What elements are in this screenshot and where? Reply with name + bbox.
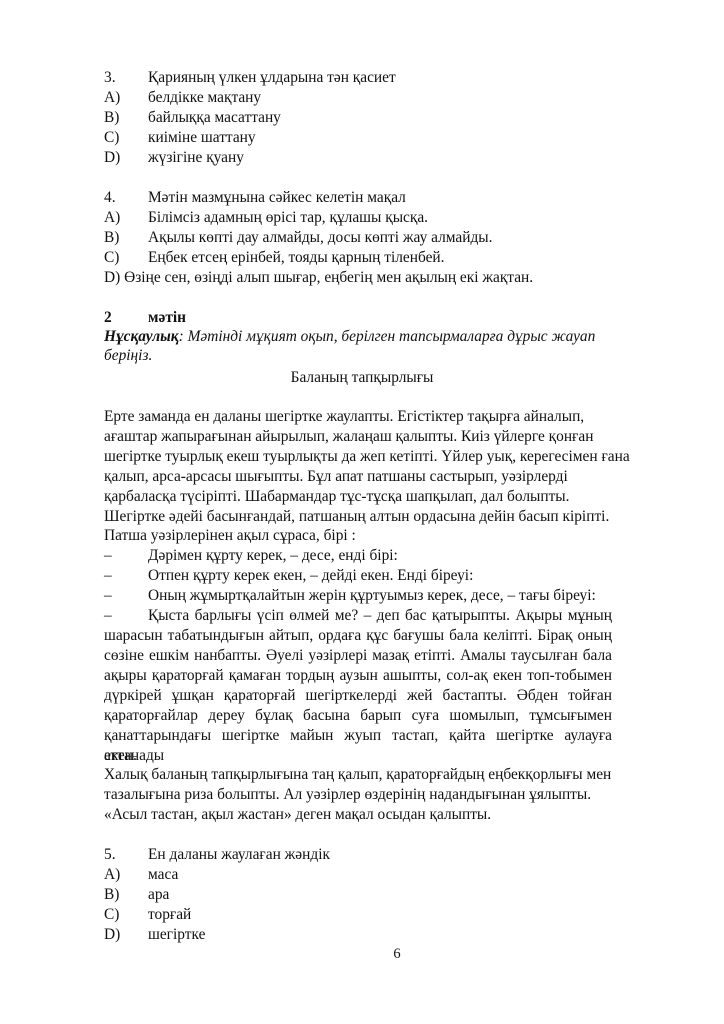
question-4-option-a: A)Білімсіз адамның өрісі тар, құлашы қыс… [104, 208, 428, 228]
option-label: C) [104, 248, 148, 268]
dialogue-text: Оның жұмыртқалайтын жерін құртуымыз кере… [148, 587, 596, 604]
dialogue-line: –Дәрімен құрту керек, – десе, енді бірі: [104, 546, 398, 566]
passage-line: тазалығына риза болыпты. Ал уәзірлер өзд… [104, 785, 591, 805]
option-label: B) [104, 228, 148, 248]
passage-line: дүркірей ұшқан қараторғай шегірткелерді … [104, 686, 612, 706]
question-4-option-b: B)Ақылы көпті дау алмайды, досы көпті жа… [104, 228, 492, 248]
instruction-continued: беріңіз. [104, 346, 152, 366]
question-text: Қарияның үлкен ұлдарына тән қасиет [148, 69, 396, 86]
passage-line: «Асыл тастан, ақыл жастан» деген мақал о… [104, 805, 491, 825]
option-text: жүзігіне қуану [148, 149, 244, 166]
option-text: торғай [148, 906, 191, 923]
option-text: Өзіңе сен, өзіңді алып шығар, еңбегің ме… [124, 269, 533, 286]
passage-line: қалып, арса-арсасы шығыпты. Бұл апат пат… [104, 467, 568, 487]
dialogue-line: –Отпен құрту керек екен, – дейді екен. Е… [104, 566, 473, 586]
option-text: маса [148, 866, 178, 883]
passage-line: қараторғайлар дереу бұлақ басына барып с… [104, 706, 612, 726]
option-label: A) [104, 865, 148, 885]
question-4-option-d: D) Өзіңе сен, өзіңді алып шығар, еңбегің… [104, 268, 533, 288]
question-5-option-b: B)ара [104, 885, 169, 905]
question-3-option-c: C)киіміне шаттану [104, 128, 256, 148]
dialogue-line: –Оның жұмыртқалайтын жерін құртуымыз кер… [104, 586, 596, 606]
passage-line: шегіртке туырлық екеш туырлықты да жеп к… [104, 447, 630, 467]
question-5-option-a: A)маса [104, 865, 178, 885]
dash: – [104, 586, 148, 606]
question-4-option-c: C)Еңбек етсең ерінбей, тояды қарның тіле… [104, 248, 445, 268]
question-3-option-b: B)байлыққа масаттану [104, 108, 281, 128]
option-label: A) [104, 88, 148, 108]
passage-line: ақыры қараторғай қамаған тордың аузын аш… [104, 666, 612, 686]
text-title: Баланың тапқырлығы [0, 368, 724, 388]
instruction-text: : Мәтінді мұқият оқып, берілген тапсырма… [179, 328, 596, 345]
option-label: D) [104, 148, 148, 168]
option-label: B) [104, 885, 148, 905]
option-label: C) [104, 905, 148, 925]
option-text: киіміне шаттану [148, 129, 256, 146]
option-text: шегіртке [148, 926, 205, 943]
passage-line: қанаттарындағы шегіртке майын жуып таста… [104, 726, 612, 766]
question-text: Мәтін мазмұнына сәйкес келетін мақал [148, 189, 406, 206]
passage-line: Патша уәзірлерінен ақыл сұраса, бірі : [104, 526, 356, 546]
option-text: белдікке мақтану [148, 89, 261, 106]
section-heading: 2мәтін [104, 308, 186, 328]
instruction: Нұсқаулық: Мәтінді мұқият оқып, берілген… [104, 327, 595, 347]
question-number: 5. [104, 845, 148, 865]
passage-line: шарасын табатындығын айтып, ордаға құс б… [104, 626, 612, 646]
passage-line: Халық баланың тапқырлығына таң қалып, қа… [104, 765, 611, 785]
question-4: 4.Мәтін мазмұнына сәйкес келетін мақал [104, 188, 406, 208]
instruction-label: Нұсқаулық [104, 328, 179, 345]
passage-line: ағаштар жапырағынан айырылып, жалаңаш қа… [104, 427, 593, 447]
option-text: Ақылы көпті дау алмайды, досы көпті жау … [148, 229, 492, 246]
page-number: 6 [0, 946, 724, 963]
passage-line: сөзіне ешкім нанбапты. Әуелі уәзірлері м… [104, 646, 612, 666]
passage-line: қарбаласқа түсіріпті. Шабармандар тұс-тұ… [104, 487, 570, 507]
passage-line: екен. [104, 746, 137, 766]
question-3-option-a: A)белдікке мақтану [104, 88, 261, 108]
dash: – [104, 566, 148, 586]
question-number: 4. [104, 188, 148, 208]
question-5-option-d: D)шегіртке [104, 925, 205, 945]
option-label: C) [104, 128, 148, 148]
question-number: 3. [104, 68, 148, 88]
section-number: 2 [104, 308, 148, 328]
question-3: 3.Қарияның үлкен ұлдарына тән қасиет [104, 68, 396, 88]
dialogue-text: Дәрімен құрту керек, – десе, енді бірі: [148, 547, 398, 564]
question-text: Ен даланы жаулаған жәндік [148, 846, 330, 863]
question-5-option-c: C)торғай [104, 905, 191, 925]
option-label: A) [104, 208, 148, 228]
question-3-option-d: D)жүзігіне қуану [104, 148, 244, 168]
dialogue-line: –Қыста барлығы үсіп өлмей ме? – деп бас … [104, 606, 612, 626]
option-label: D) [104, 925, 148, 945]
option-text: Білімсіз адамның өрісі тар, құлашы қысқа… [148, 209, 428, 226]
option-label: B) [104, 108, 148, 128]
option-text: ара [148, 886, 169, 903]
passage-line: Шегіртке әдейі басынғандай, патшаның алт… [104, 507, 609, 527]
dialogue-text: Қыста барлығы үсіп өлмей ме? – деп бас қ… [148, 606, 612, 626]
option-text: байлыққа масаттану [148, 109, 281, 126]
passage-line: Ерте заманда ен даланы шегіртке жаулапты… [104, 407, 584, 427]
dash: – [104, 546, 148, 566]
dash: – [104, 606, 148, 626]
question-5: 5.Ен даланы жаулаған жәндік [104, 845, 330, 865]
option-label: D) [104, 269, 120, 286]
section-title: мәтін [148, 309, 186, 326]
dialogue-text: Отпен құрту керек екен, – дейді екен. Ен… [148, 567, 473, 584]
option-text: Еңбек етсең ерінбей, тояды қарның тіленб… [148, 249, 445, 266]
